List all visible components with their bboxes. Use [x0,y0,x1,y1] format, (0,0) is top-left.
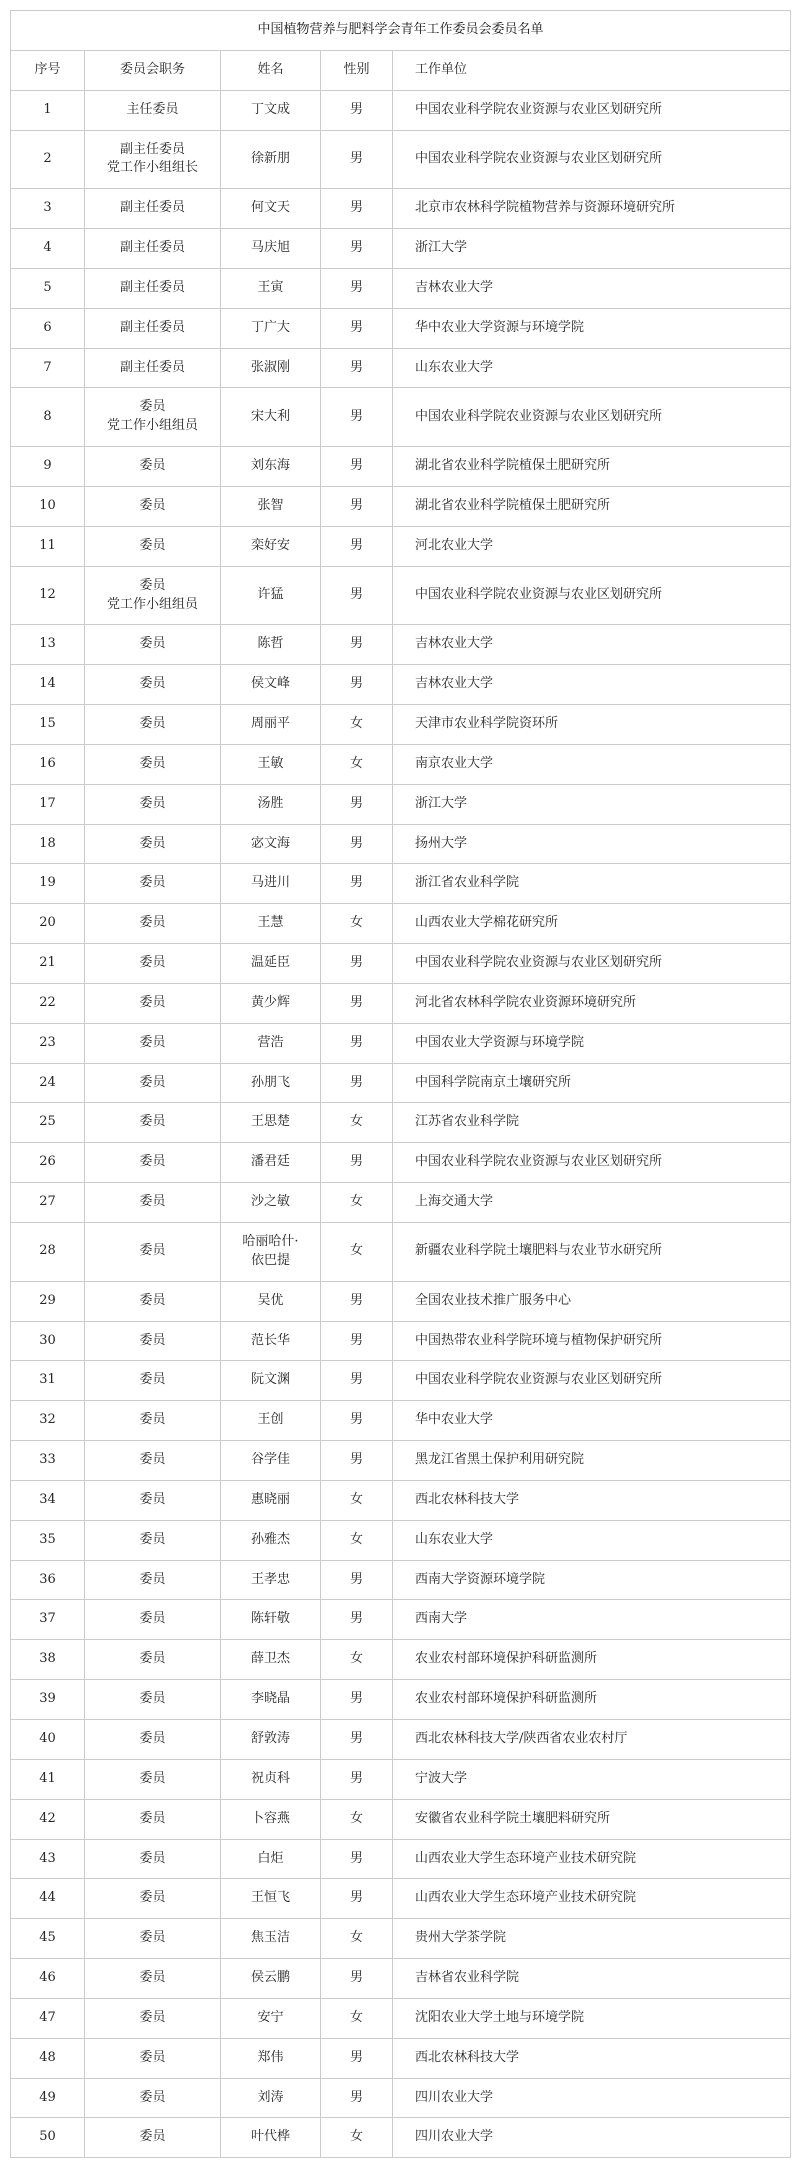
table-row: 21委员温延臣男中国农业科学院农业资源与农业区划研究所 [11,944,791,984]
name-cell: 陈哲 [221,625,321,665]
position-cell: 委员 党工作小组组员 [85,566,221,625]
row-number-cell: 16 [11,744,85,784]
gender-cell: 男 [321,90,393,130]
gender-cell: 男 [321,526,393,566]
table-row: 39委员李晓晶男农业农村部环境保护科研监测所 [11,1680,791,1720]
position-cell: 委员 [85,1103,221,1143]
table-row: 2副主任委员 党工作小组组长徐新朋男中国农业科学院农业资源与农业区划研究所 [11,130,791,189]
name-cell: 谷学佳 [221,1441,321,1481]
table-header-row: 序号 委员会职务 姓名 性别 工作单位 [11,50,791,90]
row-number-cell: 21 [11,944,85,984]
row-number-cell: 44 [11,1879,85,1919]
table-row: 38委员薛卫杰女农业农村部环境保护科研监测所 [11,1640,791,1680]
unit-cell: 贵州大学茶学院 [393,1919,791,1959]
position-cell: 委员 党工作小组组员 [85,388,221,447]
gender-cell: 男 [321,308,393,348]
table-row: 43委员白炬男山西农业大学生态环境产业技术研究院 [11,1839,791,1879]
unit-cell: 西北农林科技大学 [393,2038,791,2078]
position-cell: 委员 [85,1640,221,1680]
gender-cell: 女 [321,1103,393,1143]
gender-cell: 男 [321,1361,393,1401]
row-number-cell: 14 [11,665,85,705]
table-row: 14委员侯文峰男吉林农业大学 [11,665,791,705]
table-row: 11委员栾好安男河北农业大学 [11,526,791,566]
row-number-cell: 11 [11,526,85,566]
unit-cell: 湖北省农业科学院植保土肥研究所 [393,447,791,487]
row-number-cell: 42 [11,1799,85,1839]
position-cell: 委员 [85,1560,221,1600]
table-row: 4副主任委员马庆旭男浙江大学 [11,229,791,269]
row-number-cell: 28 [11,1223,85,1282]
row-number-cell: 8 [11,388,85,447]
gender-cell: 男 [321,1839,393,1879]
table-row: 28委员哈丽哈什· 依巴提女新疆农业科学院土壤肥料与农业节水研究所 [11,1223,791,1282]
table-row: 25委员王思楚女江苏省农业科学院 [11,1103,791,1143]
row-number-cell: 39 [11,1680,85,1720]
row-number-cell: 32 [11,1401,85,1441]
gender-cell: 女 [321,1998,393,2038]
position-cell: 委员 [85,665,221,705]
position-cell: 委员 [85,1361,221,1401]
row-number-cell: 27 [11,1183,85,1223]
page: 中国植物营养与肥料学会青年工作委员会委员名单 序号 委员会职务 姓名 性别 工作… [0,0,800,2168]
name-cell: 栾好安 [221,526,321,566]
position-cell: 副主任委员 [85,348,221,388]
gender-cell: 男 [321,1719,393,1759]
gender-cell: 男 [321,1321,393,1361]
name-cell: 侯文峰 [221,665,321,705]
table-row: 45委员焦玉洁女贵州大学茶学院 [11,1919,791,1959]
row-number-cell: 45 [11,1919,85,1959]
unit-cell: 中国科学院南京土壤研究所 [393,1063,791,1103]
unit-cell: 中国农业科学院农业资源与农业区划研究所 [393,90,791,130]
table-title-row: 中国植物营养与肥料学会青年工作委员会委员名单 [11,11,791,51]
name-cell: 王慧 [221,904,321,944]
unit-cell: 中国农业科学院农业资源与农业区划研究所 [393,944,791,984]
unit-cell: 宁波大学 [393,1759,791,1799]
position-cell: 委员 [85,1520,221,1560]
unit-cell: 华中农业大学 [393,1401,791,1441]
row-number-cell: 30 [11,1321,85,1361]
gender-cell: 女 [321,2118,393,2158]
position-cell: 委员 [85,705,221,745]
name-cell: 马庆旭 [221,229,321,269]
row-number-cell: 19 [11,864,85,904]
table-row: 32委员王创男华中农业大学 [11,1401,791,1441]
name-cell: 王恒飞 [221,1879,321,1919]
gender-cell: 男 [321,1680,393,1720]
position-cell: 委员 [85,944,221,984]
gender-cell: 男 [321,1023,393,1063]
name-cell: 丁文成 [221,90,321,130]
table-row: 7副主任委员张淑刚男山东农业大学 [11,348,791,388]
unit-cell: 四川农业大学 [393,2078,791,2118]
table-row: 20委员王慧女山西农业大学棉花研究所 [11,904,791,944]
unit-cell: 北京市农林科学院植物营养与资源环境研究所 [393,189,791,229]
table-row: 41委员祝贞科男宁波大学 [11,1759,791,1799]
name-cell: 焦玉洁 [221,1919,321,1959]
unit-cell: 浙江省农业科学院 [393,864,791,904]
position-cell: 委员 [85,1401,221,1441]
row-number-cell: 43 [11,1839,85,1879]
gender-cell: 男 [321,388,393,447]
name-cell: 卜容燕 [221,1799,321,1839]
unit-cell: 天津市农业科学院资环所 [393,705,791,745]
gender-cell: 女 [321,705,393,745]
unit-cell: 沈阳农业大学土地与环境学院 [393,1998,791,2038]
row-number-cell: 9 [11,447,85,487]
position-cell: 委员 [85,744,221,784]
unit-cell: 上海交通大学 [393,1183,791,1223]
row-number-cell: 40 [11,1719,85,1759]
gender-cell: 女 [321,1799,393,1839]
row-number-cell: 29 [11,1281,85,1321]
gender-cell: 男 [321,983,393,1023]
row-number-cell: 3 [11,189,85,229]
position-cell: 委员 [85,1023,221,1063]
position-cell: 委员 [85,1063,221,1103]
gender-cell: 男 [321,348,393,388]
name-cell: 周丽平 [221,705,321,745]
gender-cell: 男 [321,864,393,904]
position-cell: 委员 [85,1799,221,1839]
table-row: 22委员黄少辉男河北省农林科学院农业资源环境研究所 [11,983,791,1023]
name-cell: 陈轩敬 [221,1600,321,1640]
position-cell: 委员 [85,526,221,566]
name-cell: 阮文渊 [221,1361,321,1401]
position-cell: 副主任委员 [85,308,221,348]
col-header-no: 序号 [11,50,85,90]
row-number-cell: 47 [11,1998,85,2038]
gender-cell: 男 [321,1560,393,1600]
name-cell: 温延臣 [221,944,321,984]
table-row: 33委员谷学佳男黑龙江省黑土保护利用研究院 [11,1441,791,1481]
unit-cell: 吉林农业大学 [393,268,791,308]
position-cell: 副主任委员 [85,189,221,229]
table-row: 34委员惠晓丽女西北农林科技大学 [11,1480,791,1520]
row-number-cell: 48 [11,2038,85,2078]
row-number-cell: 34 [11,1480,85,1520]
gender-cell: 女 [321,1480,393,1520]
gender-cell: 女 [321,744,393,784]
position-cell: 委员 [85,1321,221,1361]
name-cell: 王寅 [221,268,321,308]
unit-cell: 中国农业科学院农业资源与农业区划研究所 [393,566,791,625]
gender-cell: 女 [321,1520,393,1560]
row-number-cell: 33 [11,1441,85,1481]
table-row: 8委员 党工作小组组员宋大利男中国农业科学院农业资源与农业区划研究所 [11,388,791,447]
unit-cell: 中国农业科学院农业资源与农业区划研究所 [393,388,791,447]
table-row: 13委员陈哲男吉林农业大学 [11,625,791,665]
name-cell: 马进川 [221,864,321,904]
gender-cell: 男 [321,1143,393,1183]
position-cell: 副主任委员 党工作小组组长 [85,130,221,189]
name-cell: 徐新朋 [221,130,321,189]
gender-cell: 男 [321,566,393,625]
gender-cell: 男 [321,1879,393,1919]
position-cell: 委员 [85,625,221,665]
gender-cell: 女 [321,1919,393,1959]
table-row: 40委员舒敦涛男西北农林科技大学/陕西省农业农村厅 [11,1719,791,1759]
name-cell: 哈丽哈什· 依巴提 [221,1223,321,1282]
row-number-cell: 13 [11,625,85,665]
position-cell: 委员 [85,1879,221,1919]
name-cell: 白炬 [221,1839,321,1879]
position-cell: 委员 [85,1998,221,2038]
row-number-cell: 20 [11,904,85,944]
position-cell: 委员 [85,983,221,1023]
name-cell: 孙雅杰 [221,1520,321,1560]
row-number-cell: 35 [11,1520,85,1560]
gender-cell: 男 [321,1063,393,1103]
unit-cell: 南京农业大学 [393,744,791,784]
name-cell: 何文天 [221,189,321,229]
row-number-cell: 41 [11,1759,85,1799]
gender-cell: 男 [321,229,393,269]
table-row: 1主任委员丁文成男中国农业科学院农业资源与农业区划研究所 [11,90,791,130]
unit-cell: 湖北省农业科学院植保土肥研究所 [393,486,791,526]
unit-cell: 扬州大学 [393,824,791,864]
unit-cell: 河北农业大学 [393,526,791,566]
row-number-cell: 25 [11,1103,85,1143]
unit-cell: 山西农业大学生态环境产业技术研究院 [393,1839,791,1879]
position-cell: 委员 [85,1441,221,1481]
row-number-cell: 10 [11,486,85,526]
name-cell: 王思楚 [221,1103,321,1143]
table-row: 18委员宓文海男扬州大学 [11,824,791,864]
table-row: 9委员刘东海男湖北省农业科学院植保土肥研究所 [11,447,791,487]
table-row: 5副主任委员王寅男吉林农业大学 [11,268,791,308]
table-row: 26委员潘君廷男中国农业科学院农业资源与农业区划研究所 [11,1143,791,1183]
name-cell: 郑伟 [221,2038,321,2078]
unit-cell: 中国农业科学院农业资源与农业区划研究所 [393,1361,791,1401]
gender-cell: 男 [321,268,393,308]
gender-cell: 男 [321,1281,393,1321]
unit-cell: 中国农业大学资源与环境学院 [393,1023,791,1063]
position-cell: 委员 [85,1281,221,1321]
row-number-cell: 22 [11,983,85,1023]
position-cell: 委员 [85,1719,221,1759]
unit-cell: 四川农业大学 [393,2118,791,2158]
unit-cell: 河北省农林科学院农业资源环境研究所 [393,983,791,1023]
col-header-gender: 性别 [321,50,393,90]
table-row: 44委员王恒飞男山西农业大学生态环境产业技术研究院 [11,1879,791,1919]
position-cell: 委员 [85,1223,221,1282]
row-number-cell: 36 [11,1560,85,1600]
row-number-cell: 46 [11,1959,85,1999]
position-cell: 委员 [85,2118,221,2158]
row-number-cell: 23 [11,1023,85,1063]
name-cell: 王敏 [221,744,321,784]
table-row: 3副主任委员何文天男北京市农林科学院植物营养与资源环境研究所 [11,189,791,229]
gender-cell: 女 [321,1223,393,1282]
position-cell: 委员 [85,864,221,904]
unit-cell: 吉林省农业科学院 [393,1959,791,1999]
gender-cell: 女 [321,904,393,944]
name-cell: 沙之敏 [221,1183,321,1223]
name-cell: 范长华 [221,1321,321,1361]
table-row: 17委员汤胜男浙江大学 [11,784,791,824]
row-number-cell: 38 [11,1640,85,1680]
name-cell: 侯云鹏 [221,1959,321,1999]
unit-cell: 吉林农业大学 [393,625,791,665]
unit-cell: 西南大学资源环境学院 [393,1560,791,1600]
col-header-unit: 工作单位 [393,50,791,90]
unit-cell: 安徽省农业科学院土壤肥料研究所 [393,1799,791,1839]
unit-cell: 山东农业大学 [393,348,791,388]
unit-cell: 农业农村部环境保护科研监测所 [393,1640,791,1680]
table-row: 23委员营浩男中国农业大学资源与环境学院 [11,1023,791,1063]
unit-cell: 浙江大学 [393,784,791,824]
table-row: 10委员张智男湖北省农业科学院植保土肥研究所 [11,486,791,526]
unit-cell: 浙江大学 [393,229,791,269]
gender-cell: 女 [321,1183,393,1223]
gender-cell: 男 [321,784,393,824]
position-cell: 委员 [85,447,221,487]
table-row: 6副主任委员丁广大男华中农业大学资源与环境学院 [11,308,791,348]
position-cell: 副主任委员 [85,268,221,308]
gender-cell: 男 [321,944,393,984]
row-number-cell: 37 [11,1600,85,1640]
table-row: 29委员吴优男全国农业技术推广服务中心 [11,1281,791,1321]
unit-cell: 山东农业大学 [393,1520,791,1560]
name-cell: 李晓晶 [221,1680,321,1720]
col-header-position: 委员会职务 [85,50,221,90]
unit-cell: 中国热带农业科学院环境与植物保护研究所 [393,1321,791,1361]
name-cell: 安宁 [221,1998,321,2038]
position-cell: 委员 [85,904,221,944]
col-header-name: 姓名 [221,50,321,90]
unit-cell: 全国农业技术推广服务中心 [393,1281,791,1321]
name-cell: 吴优 [221,1281,321,1321]
gender-cell: 男 [321,1441,393,1481]
position-cell: 委员 [85,824,221,864]
gender-cell: 女 [321,1640,393,1680]
unit-cell: 农业农村部环境保护科研监测所 [393,1680,791,1720]
name-cell: 丁广大 [221,308,321,348]
name-cell: 惠晓丽 [221,1480,321,1520]
unit-cell: 黑龙江省黑土保护利用研究院 [393,1441,791,1481]
name-cell: 张智 [221,486,321,526]
table-row: 49委员刘涛男四川农业大学 [11,2078,791,2118]
table-row: 42委员卜容燕女安徽省农业科学院土壤肥料研究所 [11,1799,791,1839]
unit-cell: 江苏省农业科学院 [393,1103,791,1143]
name-cell: 张淑刚 [221,348,321,388]
gender-cell: 男 [321,2078,393,2118]
gender-cell: 男 [321,824,393,864]
name-cell: 营浩 [221,1023,321,1063]
gender-cell: 男 [321,486,393,526]
row-number-cell: 31 [11,1361,85,1401]
table-row: 16委员王敏女南京农业大学 [11,744,791,784]
name-cell: 舒敦涛 [221,1719,321,1759]
table-row: 30委员范长华男中国热带农业科学院环境与植物保护研究所 [11,1321,791,1361]
table-row: 36委员王孝忠男西南大学资源环境学院 [11,1560,791,1600]
name-cell: 孙朋飞 [221,1063,321,1103]
row-number-cell: 5 [11,268,85,308]
unit-cell: 中国农业科学院农业资源与农业区划研究所 [393,1143,791,1183]
name-cell: 薛卫杰 [221,1640,321,1680]
table-row: 12委员 党工作小组组员许猛男中国农业科学院农业资源与农业区划研究所 [11,566,791,625]
table-row: 35委员孙雅杰女山东农业大学 [11,1520,791,1560]
gender-cell: 男 [321,1600,393,1640]
unit-cell: 西南大学 [393,1600,791,1640]
position-cell: 委员 [85,1839,221,1879]
unit-cell: 新疆农业科学院土壤肥料与农业节水研究所 [393,1223,791,1282]
name-cell: 刘涛 [221,2078,321,2118]
position-cell: 委员 [85,1143,221,1183]
gender-cell: 男 [321,2038,393,2078]
table-row: 47委员安宁女沈阳农业大学土地与环境学院 [11,1998,791,2038]
unit-cell: 山西农业大学生态环境产业技术研究院 [393,1879,791,1919]
row-number-cell: 6 [11,308,85,348]
row-number-cell: 1 [11,90,85,130]
name-cell: 许猛 [221,566,321,625]
position-cell: 委员 [85,1680,221,1720]
table-row: 27委员沙之敏女上海交通大学 [11,1183,791,1223]
unit-cell: 中国农业科学院农业资源与农业区划研究所 [393,130,791,189]
gender-cell: 男 [321,1759,393,1799]
table-title: 中国植物营养与肥料学会青年工作委员会委员名单 [11,11,791,51]
name-cell: 祝贞科 [221,1759,321,1799]
unit-cell: 吉林农业大学 [393,665,791,705]
position-cell: 委员 [85,784,221,824]
name-cell: 宓文海 [221,824,321,864]
position-cell: 主任委员 [85,90,221,130]
row-number-cell: 24 [11,1063,85,1103]
gender-cell: 男 [321,130,393,189]
position-cell: 委员 [85,1600,221,1640]
name-cell: 黄少辉 [221,983,321,1023]
name-cell: 宋大利 [221,388,321,447]
name-cell: 王孝忠 [221,1560,321,1600]
row-number-cell: 15 [11,705,85,745]
row-number-cell: 4 [11,229,85,269]
unit-cell: 西北农林科技大学/陕西省农业农村厅 [393,1719,791,1759]
name-cell: 潘君廷 [221,1143,321,1183]
name-cell: 刘东海 [221,447,321,487]
unit-cell: 西北农林科技大学 [393,1480,791,1520]
row-number-cell: 2 [11,130,85,189]
row-number-cell: 12 [11,566,85,625]
position-cell: 副主任委员 [85,229,221,269]
row-number-cell: 7 [11,348,85,388]
table-row: 46委员侯云鹏男吉林省农业科学院 [11,1959,791,1999]
position-cell: 委员 [85,2038,221,2078]
row-number-cell: 26 [11,1143,85,1183]
table-row: 15委员周丽平女天津市农业科学院资环所 [11,705,791,745]
table-row: 24委员孙朋飞男中国科学院南京土壤研究所 [11,1063,791,1103]
gender-cell: 男 [321,625,393,665]
position-cell: 委员 [85,1183,221,1223]
gender-cell: 男 [321,189,393,229]
committee-table: 中国植物营养与肥料学会青年工作委员会委员名单 序号 委员会职务 姓名 性别 工作… [10,10,791,2158]
gender-cell: 男 [321,665,393,705]
row-number-cell: 17 [11,784,85,824]
table-row: 19委员马进川男浙江省农业科学院 [11,864,791,904]
position-cell: 委员 [85,2078,221,2118]
position-cell: 委员 [85,1480,221,1520]
gender-cell: 男 [321,1959,393,1999]
row-number-cell: 18 [11,824,85,864]
name-cell: 汤胜 [221,784,321,824]
name-cell: 王创 [221,1401,321,1441]
position-cell: 委员 [85,1959,221,1999]
row-number-cell: 50 [11,2118,85,2158]
position-cell: 委员 [85,486,221,526]
table-body: 1主任委员丁文成男中国农业科学院农业资源与农业区划研究所2副主任委员 党工作小组… [11,90,791,2158]
gender-cell: 男 [321,1401,393,1441]
